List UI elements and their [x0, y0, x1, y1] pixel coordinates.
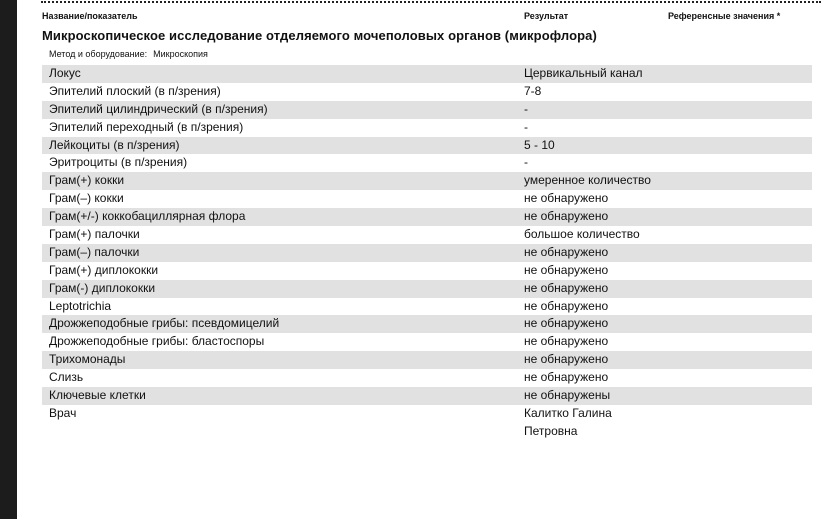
table-row: Эпителий плоский (в п/зрения)7-8 — [42, 83, 812, 101]
parameter-result: не обнаружено — [524, 333, 608, 351]
parameter-name: Трихомонады — [49, 351, 125, 369]
table-row: Эпителий цилиндрический (в п/зрения)- — [42, 101, 812, 119]
method-label: Метод и оборудование: — [49, 49, 147, 59]
table-row: Грам(+) палочкибольшое количество — [42, 226, 812, 244]
parameter-name: Дрожжеподобные грибы: бластоспоры — [49, 333, 264, 351]
parameter-result: не обнаружено — [524, 190, 608, 208]
parameter-result: не обнаружено — [524, 298, 608, 316]
parameter-result: - — [524, 154, 528, 172]
parameter-result: не обнаружено — [524, 244, 608, 262]
parameter-result: - — [524, 119, 528, 137]
parameter-name: Дрожжеподобные грибы: псевдомицелий — [49, 315, 279, 333]
parameter-name: Слизь — [49, 369, 83, 387]
parameter-name: Эпителий цилиндрический (в п/зрения) — [49, 101, 268, 119]
table-row: Грам(–) коккине обнаружено — [42, 190, 812, 208]
parameter-result: не обнаружено — [524, 280, 608, 298]
table-row: Грам(+) коккиумеренное количество — [42, 172, 812, 190]
table-row: Грам(-) диплококкине обнаружено — [42, 280, 812, 298]
table-row: Эритроциты (в п/зрения)- — [42, 154, 812, 172]
parameter-result: 7-8 — [524, 83, 541, 101]
table-row: Грам(–) палочкине обнаружено — [42, 244, 812, 262]
dotted-divider — [41, 1, 821, 3]
parameter-name: Грам(+) кокки — [49, 172, 124, 190]
doctor-label: Врач — [49, 405, 76, 423]
parameter-name: Грам(–) кокки — [49, 190, 124, 208]
parameter-name: Грам(-) диплококки — [49, 280, 155, 298]
method-line: Метод и оборудование:Микроскопия — [49, 49, 208, 59]
parameter-name: Эпителий переходный (в п/зрения) — [49, 119, 243, 137]
section-title: Микроскопическое исследование отделяемог… — [42, 28, 597, 43]
parameter-result: 5 - 10 — [524, 137, 555, 155]
parameter-name: Локус — [49, 65, 81, 83]
table-row: Дрожжеподобные грибы: псевдомицелийне об… — [42, 315, 812, 333]
doctor-row: ВрачКалитко ГалинаПетровна — [42, 405, 812, 441]
parameter-name: Грам(+/-) коккобациллярная флора — [49, 208, 245, 226]
parameter-result: не обнаружено — [524, 262, 608, 280]
column-header-name: Название/показатель — [42, 11, 138, 21]
table-row: Дрожжеподобные грибы: бластоспорыне обна… — [42, 333, 812, 351]
parameter-result: умеренное количество — [524, 172, 651, 190]
table-row: Лейкоциты (в п/зрения)5 - 10 — [42, 137, 812, 155]
parameter-name: Грам(–) палочки — [49, 244, 139, 262]
parameter-result: не обнаружено — [524, 351, 608, 369]
parameter-result: Цервикальный канал — [524, 65, 643, 83]
method-value: Микроскопия — [153, 49, 208, 59]
parameter-name: Leptotrichia — [49, 298, 111, 316]
doctor-name-line1: Калитко Галина — [524, 405, 724, 423]
table-row: Грам(+) диплококкине обнаружено — [42, 262, 812, 280]
table-row: ЛокусЦервикальный канал — [42, 65, 812, 83]
column-headers: Название/показатель Результат Референсны… — [17, 11, 827, 25]
parameter-result: не обнаружено — [524, 315, 608, 333]
doctor-name-line2: Петровна — [524, 423, 724, 441]
parameter-name: Лейкоциты (в п/зрения) — [49, 137, 180, 155]
parameter-result: большое количество — [524, 226, 640, 244]
column-header-reference: Референсные значения * — [668, 11, 780, 21]
column-header-result: Результат — [524, 11, 568, 21]
table-row: Эпителий переходный (в п/зрения)- — [42, 119, 812, 137]
table-row: Ключевые клеткине обнаружены — [42, 387, 812, 405]
parameter-result: - — [524, 101, 528, 119]
parameter-result: не обнаружены — [524, 387, 610, 405]
table-row: Трихомонадыне обнаружено — [42, 351, 812, 369]
parameter-result: не обнаружено — [524, 208, 608, 226]
lab-report-page: Название/показатель Результат Референсны… — [17, 0, 827, 519]
parameter-name: Грам(+) палочки — [49, 226, 140, 244]
table-row: Слизьне обнаружено — [42, 369, 812, 387]
parameter-name: Эритроциты (в п/зрения) — [49, 154, 187, 172]
parameter-name: Грам(+) диплококки — [49, 262, 158, 280]
results-table: ЛокусЦервикальный каналЭпителий плоский … — [42, 65, 812, 441]
parameter-name: Ключевые клетки — [49, 387, 146, 405]
parameter-result: не обнаружено — [524, 369, 608, 387]
parameter-name: Эпителий плоский (в п/зрения) — [49, 83, 221, 101]
table-row: Грам(+/-) коккобациллярная флоране обнар… — [42, 208, 812, 226]
viewer-left-edge — [0, 0, 17, 519]
doctor-name: Калитко ГалинаПетровна — [524, 405, 724, 441]
table-row: Leptotrichiaне обнаружено — [42, 298, 812, 316]
